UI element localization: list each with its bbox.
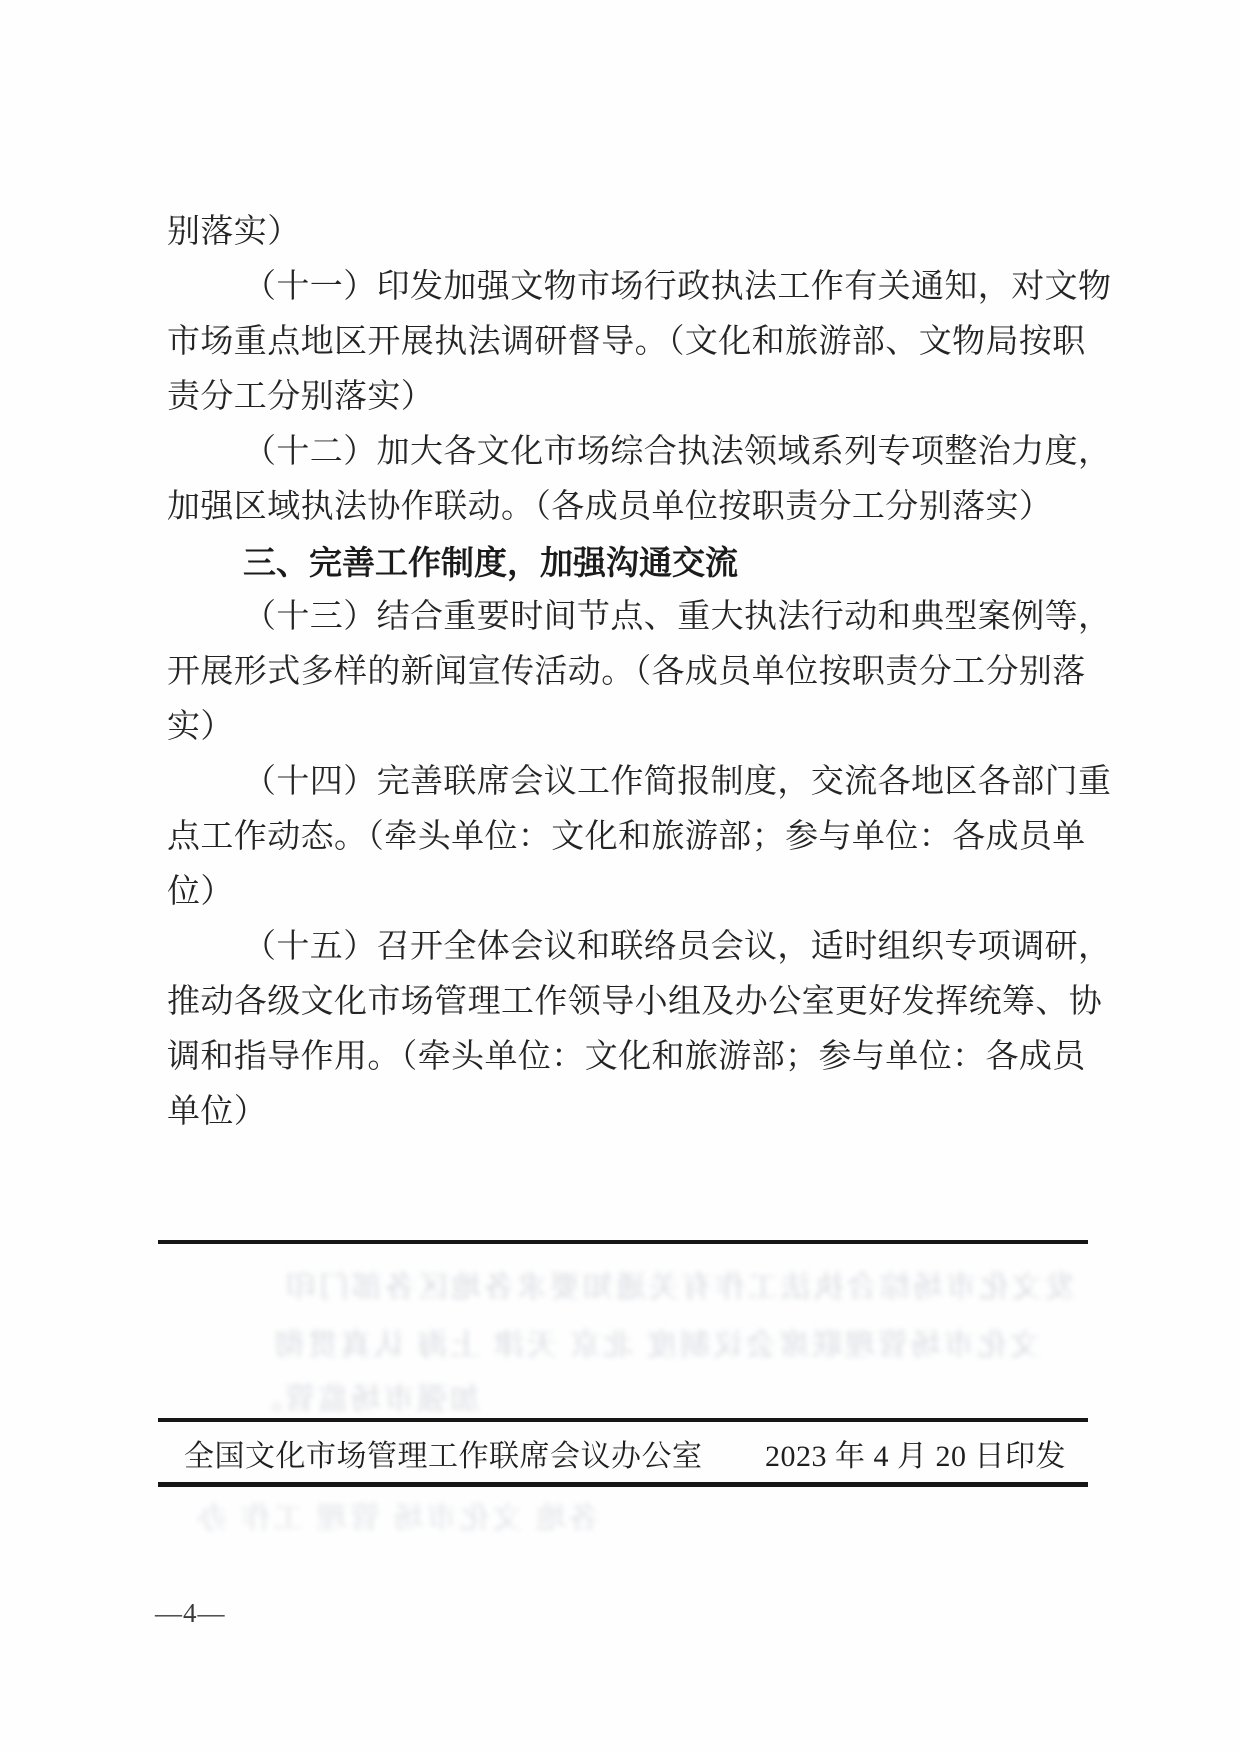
body-line: 责分工分别落实） [167,370,1102,425]
document-body: 别落实） （十一）印发加强文物市场行政执法工作有关通知，对文物 市场重点地区开展… [167,205,1102,1140]
body-line: （十一）印发加强文物市场行政执法工作有关通知，对文物 [167,260,1102,315]
body-line: 开展形式多样的新闻宣传活动。（各成员单位按职责分工分别落 [167,645,1102,700]
document-page: 别落实） （十一）印发加强文物市场行政执法工作有关通知，对文物 市场重点地区开展… [0,0,1240,1753]
body-line: 位） [167,865,1102,920]
separator-rule-top [158,1240,1088,1244]
footer-issuer: 全国文化市场管理工作联席会议办公室 [184,1431,703,1475]
bleedthrough-text-row: 加强市场监管。 [175,1374,480,1418]
body-line: 实） [167,700,1102,755]
bleedthrough-text-row: 文化市场管理联席会议制度 北京 天津 上海 认真贯彻落实 [272,1320,1040,1364]
body-line: 市场重点地区开展执法调研督导。（文化和旅游部、文物局按职 [167,315,1102,370]
bleedthrough-text-row: 各地 文化市场 管理 工作 办 [163,1493,599,1537]
footer-rule-top [158,1418,1088,1422]
footer-rule-bottom [158,1482,1088,1487]
footer-print-date: 2023 年 4 月 20 日印发 [765,1431,1066,1475]
body-line: （十四）完善联席会议工作简报制度，交流各地区各部门重 [167,755,1102,810]
footer-row: 全国文化市场管理工作联席会议办公室 2023 年 4 月 20 日印发 [184,1430,1066,1476]
body-line: （十二）加大各文化市场综合执法领域系列专项整治力度， [167,425,1102,480]
body-line: 推动各级文化市场管理工作领导小组及办公室更好发挥统筹、协 [167,975,1102,1030]
bleedthrough-text-row: 发文化市场综合执法工作有关通知要求各地区各部门印 [215,1262,1075,1306]
section-heading: 三、完善工作制度，加强沟通交流 [167,535,1102,590]
body-line: 点工作动态。（牵头单位：文化和旅游部；参与单位：各成员单 [167,810,1102,865]
page-number: —4— [155,1598,226,1629]
body-line: 单位） [167,1085,1102,1140]
body-line: 别落实） [167,205,1102,260]
body-line: 加强区域执法协作联动。（各成员单位按职责分工分别落实） [167,480,1102,535]
body-line: 调和指导作用。（牵头单位：文化和旅游部；参与单位：各成员 [167,1030,1102,1085]
body-line: （十五）召开全体会议和联络员会议，适时组织专项调研， [167,920,1102,975]
body-line: （十三）结合重要时间节点、重大执法行动和典型案例等， [167,590,1102,645]
